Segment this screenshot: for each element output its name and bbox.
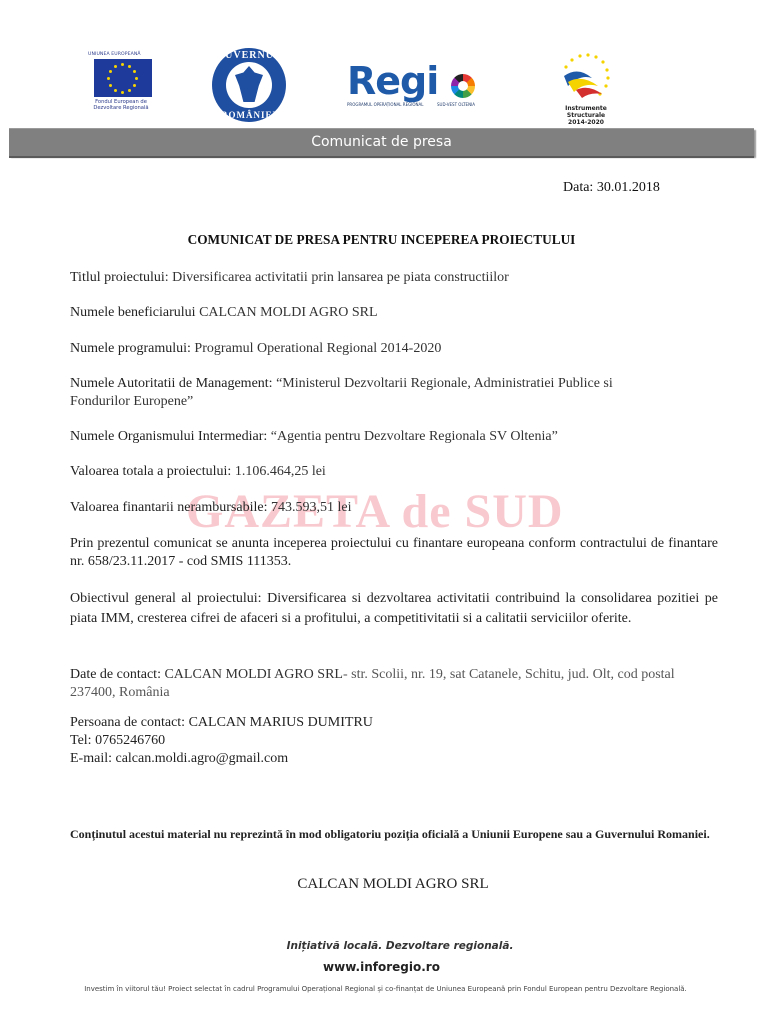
- regio-color-wheel-icon: [451, 74, 475, 98]
- announcement-paragraph: Prin prezentul comunicat se anunta incep…: [70, 535, 718, 571]
- contact-company: CALCAN MOLDI AGRO SRL: [161, 667, 343, 682]
- regio-subtitle-right: SUD-VEST OLTENIA: [437, 102, 475, 107]
- eu-logo: UNIUNEA EUROPEANĂ Fondul European de Dez…: [88, 52, 154, 111]
- eu-logo-title: UNIUNEA EUROPEANĂ: [88, 52, 154, 57]
- contact-details: Date de contact: CALCAN MOLDI AGRO SRL- …: [70, 666, 718, 702]
- is-caption-line-1: Instrumente Structurale: [548, 105, 624, 119]
- field-label: Valoarea finantarii nerambursabile:: [70, 500, 267, 515]
- regio-subtitle: PROGRAMUL OPERAȚIONAL REGIONAL SUD-VEST …: [347, 102, 475, 107]
- document-date: Data: 30.01.2018: [563, 180, 660, 196]
- footer-slogan: Inițiativă locală. Dezvoltare regională.: [0, 940, 763, 952]
- total-value-field: Valoarea totala a proiectului: 1.106.464…: [70, 463, 718, 481]
- structural-instruments-icon: [558, 52, 614, 102]
- management-authority-field: Numele Autoritatii de Management: “Minis…: [70, 375, 670, 411]
- field-label: Numele beneficiarului: [70, 305, 196, 320]
- disclaimer: Conținutul acestui material nu reprezint…: [70, 826, 720, 843]
- field-value: “Agentia pentru Dezvoltare Regionala SV …: [267, 429, 558, 444]
- logo-row: UNIUNEA EUROPEANĂ Fondul European de Dez…: [0, 40, 763, 125]
- contact-label: Date de contact:: [70, 667, 161, 682]
- structural-instruments-caption: Instrumente Structurale 2014-2020: [548, 105, 624, 126]
- intermediate-body-field: Numele Organismului Intermediar: “Agenti…: [70, 428, 718, 446]
- gov-logo-top-text: GUVERNUL: [212, 50, 286, 61]
- field-value: : Diversificarea activitatii prin lansar…: [165, 270, 509, 285]
- field-label: Numele programului:: [70, 341, 191, 356]
- banner-title: Comunicat de presa: [9, 129, 754, 156]
- field-label: Valoarea totala a proiectului:: [70, 464, 231, 479]
- beneficiary-field: Numele beneficiarului CALCAN MOLDI AGRO …: [70, 304, 718, 322]
- signature: CALCAN MOLDI AGRO SRL: [0, 876, 763, 893]
- press-release-banner: Comunicat de presa: [9, 128, 754, 156]
- document-headline: COMUNICAT DE PRESA PENTRU INCEPEREA PROI…: [0, 232, 763, 248]
- eu-flag-icon: [94, 59, 152, 97]
- program-field: Numele programului: Programul Operationa…: [70, 340, 718, 358]
- regio-subtitle-left: PROGRAMUL OPERAȚIONAL REGIONAL: [347, 102, 424, 107]
- field-label: Titlul proiectului: [70, 270, 165, 285]
- field-label: Numele Organismului Intermediar:: [70, 429, 267, 444]
- field-label: Numele Autoritatii de Management:: [70, 376, 273, 391]
- contact-email[interactable]: E-mail: calcan.moldi.agro@gmail.com: [70, 750, 718, 768]
- footer-note: Investim în viitorul tău! Proiect select…: [0, 985, 763, 993]
- field-value: 1.106.464,25 lei: [231, 464, 326, 479]
- structural-instruments-logo: Instrumente Structurale 2014-2020: [548, 50, 624, 126]
- regio-logo: Regi PROGRAMUL OPERAȚIONAL REGIONAL SUD-…: [347, 62, 477, 112]
- contact-person: Persoana de contact: CALCAN MARIUS DUMIT…: [70, 714, 718, 732]
- romanian-government-logo: GUVERNUL ROMÂNIEI: [212, 48, 286, 122]
- contact-phone: Tel: 0765246760: [70, 732, 718, 750]
- objective-paragraph: Obiectivul general al proiectului: Diver…: [70, 589, 718, 629]
- project-title-field: Titlul proiectului: Diversificarea activ…: [70, 269, 718, 287]
- is-caption-line-2: 2014-2020: [548, 119, 624, 126]
- gov-logo-bottom-text: ROMÂNIEI: [212, 110, 286, 120]
- eu-logo-caption-2: Dezvoltare Regională: [88, 105, 154, 111]
- field-value: Programul Operational Regional 2014-2020: [191, 341, 441, 356]
- field-value: CALCAN MOLDI AGRO SRL: [196, 305, 378, 320]
- non-reimbursable-field: Valoarea finantarii nerambursabile: 743.…: [70, 499, 718, 517]
- footer-website-link[interactable]: www.inforegio.ro: [0, 960, 763, 974]
- field-value: 743.593,51 lei: [267, 500, 351, 515]
